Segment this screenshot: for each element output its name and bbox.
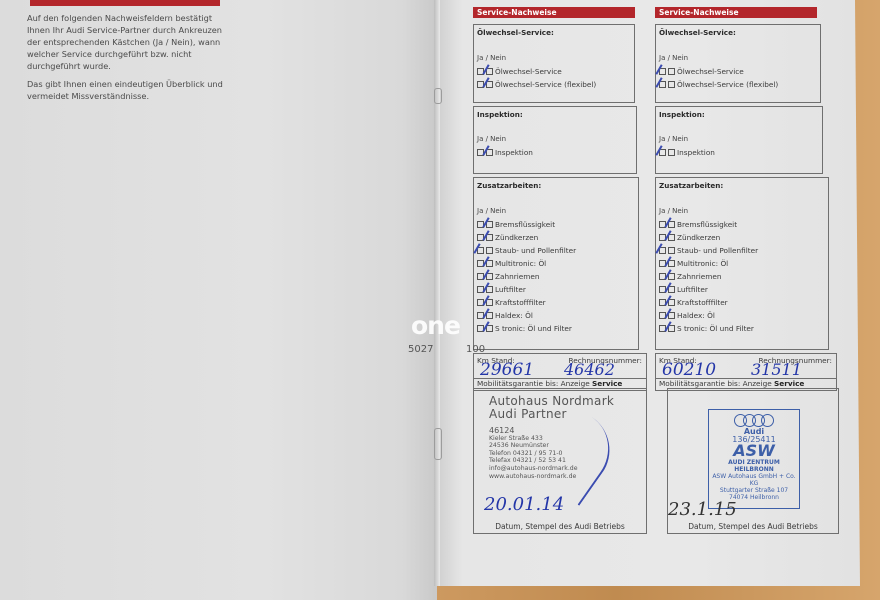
page-number-right: 100	[466, 344, 485, 355]
nein-checkbox[interactable]	[486, 260, 493, 267]
checklist-row: Kraftstofffilter	[477, 298, 546, 307]
invoice-value-handwritten: 31511	[751, 360, 802, 379]
mobility-service: Service	[774, 379, 804, 388]
inspection-box: Inspektion:Ja / NeinInspektion	[473, 106, 637, 174]
section-header: Service-Nachweise	[655, 7, 817, 18]
extra-work-box-title: Zusatzarbeiten:	[659, 181, 723, 190]
mobility-prefix: Mobilitätsgarantie bis: Anzeige	[659, 379, 772, 388]
checklist-label: Kraftstofffilter	[677, 298, 728, 307]
checklist-label: S tronic: Öl und Filter	[495, 324, 572, 333]
nein-checkbox[interactable]	[486, 68, 493, 75]
extra-work-box: Zusatzarbeiten:Ja / NeinBremsflüssigkeit…	[473, 177, 639, 350]
inspection-box-title: Inspektion:	[477, 110, 523, 119]
checklist-row: Haldex: Öl	[477, 311, 533, 320]
nein-checkbox[interactable]	[668, 286, 675, 293]
checklist-label: Multitronic: Öl	[677, 259, 728, 268]
km-value-handwritten: 60210	[662, 360, 716, 380]
nein-checkbox[interactable]	[668, 247, 675, 254]
checklist-row: Bremsflüssigkeit	[477, 220, 555, 229]
oil-service-box: Ölwechsel-Service:Ja / NeinÖlwechsel-Ser…	[473, 24, 635, 103]
nein-checkbox[interactable]	[668, 149, 675, 156]
nein-checkbox[interactable]	[668, 273, 675, 280]
watermark-logo: one	[411, 311, 460, 340]
inspection-box: Inspektion:Ja / NeinInspektion	[655, 106, 823, 174]
nein-checkbox[interactable]	[668, 260, 675, 267]
service-record-1: Service-NachweiseÖlwechsel-Service:Ja / …	[473, 7, 665, 18]
ja-checkbox[interactable]	[659, 247, 666, 254]
ja-checkbox[interactable]	[659, 81, 666, 88]
nein-checkbox[interactable]	[486, 81, 493, 88]
ja-nein-label: Ja / Nein	[477, 54, 506, 62]
ja-nein-label: Ja / Nein	[659, 207, 688, 215]
stamp-address-line: AUDI ZENTRUM HEILBRONN	[709, 459, 799, 473]
checklist-label: Bremsflüssigkeit	[677, 220, 737, 229]
stamp-address-line: ASW Autohaus GmbH + Co. KG	[709, 473, 799, 487]
checklist-label: Ölwechsel-Service	[495, 67, 562, 76]
ja-checkbox[interactable]	[659, 149, 666, 156]
checklist-label: Haldex: Öl	[495, 311, 533, 320]
checklist-row: Multitronic: Öl	[659, 259, 728, 268]
checklist-label: Inspektion	[495, 148, 533, 157]
checklist-row: Luftfilter	[477, 285, 526, 294]
checklist-row: Zahnriemen	[477, 272, 539, 281]
checklist-row: Kraftstofffilter	[659, 298, 728, 307]
dealer-stamp-box: Autohaus NordmarkAudi Partner46124Kieler…	[473, 388, 647, 534]
checklist-label: Zündkerzen	[677, 233, 720, 242]
mobility-guarantee-text: Mobilitätsgarantie bis: Anzeige Service	[659, 379, 804, 388]
checklist-row: Ölwechsel-Service	[477, 67, 562, 76]
ja-nein-label: Ja / Nein	[659, 54, 688, 62]
inspection-box-title: Inspektion:	[659, 110, 705, 119]
checklist-label: Kraftstofffilter	[495, 298, 546, 307]
km-value-handwritten: 29661	[480, 360, 534, 380]
checklist-row: S tronic: Öl und Filter	[477, 324, 572, 333]
checklist-label: Zahnriemen	[677, 272, 721, 281]
nein-checkbox[interactable]	[668, 68, 675, 75]
section-header-bar	[30, 0, 220, 6]
checklist-label: Ölwechsel-Service (flexibel)	[495, 80, 596, 89]
nein-checkbox[interactable]	[486, 273, 493, 280]
checklist-row: Bremsflüssigkeit	[659, 220, 737, 229]
audi-rings-icon	[709, 414, 799, 427]
checklist-label: Multitronic: Öl	[495, 259, 546, 268]
mobility-guarantee-text: Mobilitätsgarantie bis: Anzeige Service	[477, 379, 622, 388]
checklist-row: Ölwechsel-Service (flexibel)	[477, 80, 596, 89]
nein-checkbox[interactable]	[668, 81, 675, 88]
checklist-row: Multitronic: Öl	[477, 259, 546, 268]
nein-checkbox[interactable]	[486, 299, 493, 306]
checklist-label: Luftfilter	[495, 285, 526, 294]
nein-checkbox[interactable]	[486, 325, 493, 332]
nein-checkbox[interactable]	[668, 221, 675, 228]
dealer-stamp: Audi136/25411ASWAUDI ZENTRUM HEILBRONNAS…	[708, 409, 800, 509]
stamp-footer-label: Datum, Stempel des Audi Betriebs	[668, 522, 838, 531]
nein-checkbox[interactable]	[486, 286, 493, 293]
intro-paragraph-1: Auf den folgenden Nachweisfeldern bestät…	[27, 12, 237, 72]
nein-checkbox[interactable]	[668, 234, 675, 241]
checklist-label: Inspektion	[677, 148, 715, 157]
page-number-left: 5027	[408, 344, 433, 355]
checklist-label: Staub- und Pollenfilter	[677, 246, 758, 255]
intro-text: Auf den folgenden Nachweisfeldern bestät…	[27, 12, 237, 108]
checklist-row: Ölwechsel-Service	[659, 67, 744, 76]
checklist-label: Ölwechsel-Service (flexibel)	[677, 80, 778, 89]
checklist-label: Luftfilter	[677, 285, 708, 294]
left-page: Auf den folgenden Nachweisfeldern bestät…	[0, 0, 437, 600]
checklist-row: Inspektion	[659, 148, 715, 157]
nein-checkbox[interactable]	[486, 234, 493, 241]
section-header: Service-Nachweise	[473, 7, 635, 18]
mileage-invoice-box: Km Stand:Rechnungsnummer:2966146462Mobil…	[473, 353, 647, 391]
checklist-row: Staub- und Pollenfilter	[477, 246, 576, 255]
mobility-prefix: Mobilitätsgarantie bis: Anzeige	[477, 379, 590, 388]
asw-logo: ASW	[709, 443, 799, 459]
oil-service-box-title: Ölwechsel-Service:	[659, 28, 736, 37]
nein-checkbox[interactable]	[668, 325, 675, 332]
staple-bottom	[434, 428, 442, 460]
intro-paragraph-2: Das gibt Ihnen einen eindeutigen Überbli…	[27, 78, 237, 102]
checklist-row: Zahnriemen	[659, 272, 721, 281]
service-record-2: Service-NachweiseÖlwechsel-Service:Ja / …	[655, 7, 847, 18]
stamp-footer-label: Datum, Stempel des Audi Betriebs	[474, 522, 646, 531]
ja-nein-label: Ja / Nein	[477, 207, 506, 215]
checklist-label: Ölwechsel-Service	[677, 67, 744, 76]
checklist-row: Staub- und Pollenfilter	[659, 246, 758, 255]
ja-checkbox[interactable]	[659, 68, 666, 75]
checklist-label: Haldex: Öl	[677, 311, 715, 320]
checklist-row: Inspektion	[477, 148, 533, 157]
stamp-address-line: Stuttgarter Straße 107	[709, 487, 799, 494]
checklist-label: Staub- und Pollenfilter	[495, 246, 576, 255]
ja-nein-label: Ja / Nein	[659, 135, 688, 143]
extra-work-box-title: Zusatzarbeiten:	[477, 181, 541, 190]
mobility-service: Service	[592, 379, 622, 388]
ja-checkbox[interactable]	[477, 247, 484, 254]
ja-nein-label: Ja / Nein	[477, 135, 506, 143]
nein-checkbox[interactable]	[486, 221, 493, 228]
nein-checkbox[interactable]	[486, 247, 493, 254]
checklist-row: Zündkerzen	[477, 233, 538, 242]
checklist-row: S tronic: Öl und Filter	[659, 324, 754, 333]
checklist-label: S tronic: Öl und Filter	[677, 324, 754, 333]
nein-checkbox[interactable]	[668, 299, 675, 306]
checklist-label: Bremsflüssigkeit	[495, 220, 555, 229]
checklist-row: Luftfilter	[659, 285, 708, 294]
checklist-label: Zahnriemen	[495, 272, 539, 281]
checklist-row: Zündkerzen	[659, 233, 720, 242]
oil-service-box-title: Ölwechsel-Service:	[477, 28, 554, 37]
staple-top	[434, 88, 442, 104]
checklist-row: Haldex: Öl	[659, 311, 715, 320]
checklist-row: Ölwechsel-Service (flexibel)	[659, 80, 778, 89]
service-date-handwritten: 23.1.15	[668, 499, 737, 520]
invoice-value-handwritten: 46462	[564, 360, 615, 379]
oil-service-box: Ölwechsel-Service:Ja / NeinÖlwechsel-Ser…	[655, 24, 821, 103]
service-date-handwritten: 20.01.14	[484, 494, 564, 515]
dealer-stamp-box: Audi136/25411ASWAUDI ZENTRUM HEILBRONNAS…	[667, 388, 839, 534]
nein-checkbox[interactable]	[486, 312, 493, 319]
checklist-label: Zündkerzen	[495, 233, 538, 242]
nein-checkbox[interactable]	[668, 312, 675, 319]
extra-work-box: Zusatzarbeiten:Ja / NeinBremsflüssigkeit…	[655, 177, 829, 350]
mileage-invoice-box: Km Stand:Rechnungsnummer:6021031511Mobil…	[655, 353, 837, 391]
stamp-brand: Audi	[709, 428, 799, 435]
nein-checkbox[interactable]	[486, 149, 493, 156]
